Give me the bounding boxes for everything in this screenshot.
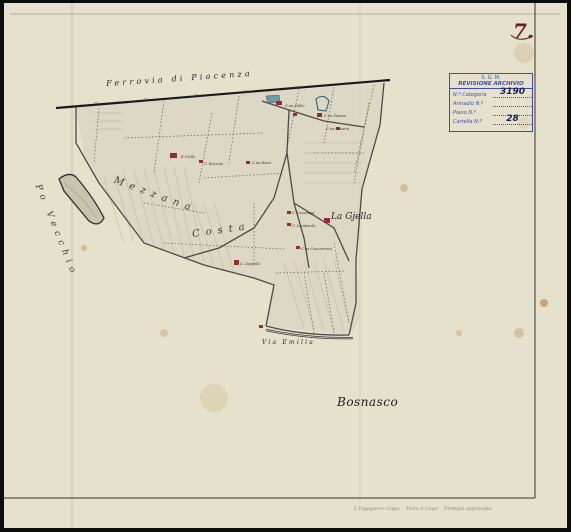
svg-text:C.na Sollio: C.na Sollio [285, 104, 305, 108]
svg-text:41: 41 [344, 81, 348, 85]
svg-text:38: 38 [194, 93, 198, 97]
map-sheet: 363738394041 Il Ciello C. Bozzola C.na R… [4, 3, 567, 528]
footer-note-2: Visto il Capo [406, 506, 438, 512]
svg-text:C. Lombardo: C. Lombardo [292, 224, 316, 228]
road-label-via-emilia: Via Emilia [262, 339, 315, 346]
stamp-row-label: N.º Categoria [453, 92, 493, 98]
stamp-row-label: Cartella N.º [453, 119, 493, 125]
stamp-row-label: Armadio N.º [453, 101, 493, 107]
svg-text:C.na Concorenco: C.na Concorenco [301, 247, 333, 251]
sheet-number-underline-icon [509, 33, 535, 43]
svg-text:C.na Rossi: C.na Rossi [252, 161, 271, 165]
stamp-row-value: 3190 [493, 88, 532, 98]
svg-text:39: 39 [244, 89, 248, 93]
svg-text:C.na Ossaria: C.na Ossaria [326, 127, 349, 131]
archive-stamp: S. G. M. REVISIONE ARCHIVIO N.º Categori… [449, 73, 533, 132]
stamp-row-cartella: Cartella N.º 28 [450, 116, 532, 125]
svg-text:37: 37 [144, 97, 148, 101]
stamp-row-armadio: Armadio N.º [450, 98, 532, 107]
svg-text:36: 36 [94, 101, 98, 105]
svg-text:C.na Zanine: C.na Zanine [324, 114, 346, 118]
stamp-row-categoria: N.º Categoria 3190 [450, 89, 532, 98]
place-label-la-gjella: La Gjella [331, 212, 372, 222]
footer-note-3: Firmato approvato [444, 506, 491, 512]
svg-text:C. Zappelli: C. Zappelli [240, 262, 260, 266]
svg-text:Il Ciello: Il Ciello [180, 155, 196, 159]
svg-text:40: 40 [294, 85, 298, 89]
svg-text:C. Bozzola: C. Bozzola [204, 162, 223, 166]
svg-text:C. Lavanaga: C. Lavanaga [292, 211, 315, 215]
stamp-row-value: 28 [493, 115, 532, 125]
footer-note-1: L'Ingegnere Capo [354, 506, 399, 512]
town-label-bosnasco: Bosnasco [337, 395, 398, 409]
stamp-row-label: Piano N.º [453, 110, 493, 116]
stamp-row-value [493, 106, 532, 107]
